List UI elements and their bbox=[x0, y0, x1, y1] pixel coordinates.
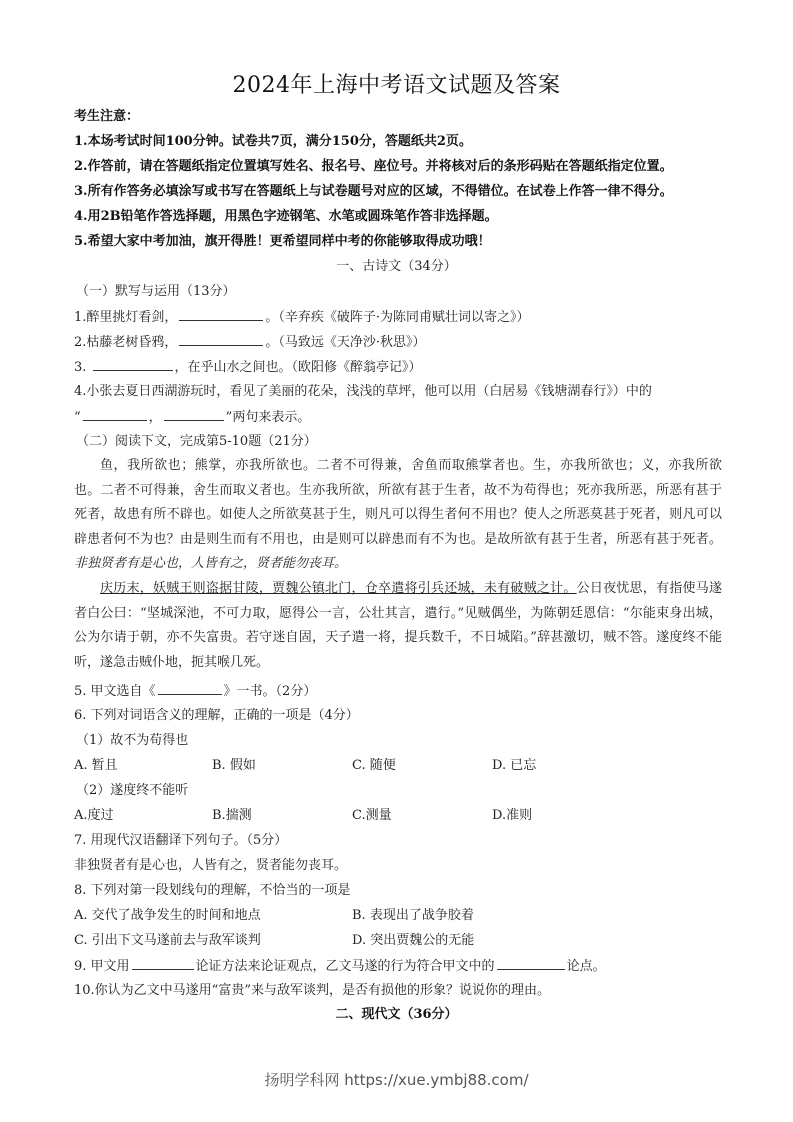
q6-1-option-c[interactable]: C. 随便 bbox=[352, 757, 396, 775]
q4-open-quote: “ bbox=[74, 410, 81, 425]
q6-2-option-b[interactable]: B.揣测 bbox=[212, 807, 252, 825]
q9-suffix: 论点。 bbox=[567, 959, 606, 974]
q9-answer-blank-1[interactable] bbox=[132, 957, 194, 970]
question-4-line2: “，”两句来表示。 bbox=[74, 408, 310, 427]
part2-heading: （二）阅读下文，完成第5-10题（21分） bbox=[76, 433, 317, 451]
question-7-sentence: 非独贤者有是心也，人皆有之，贤者能勿丧耳。 bbox=[74, 857, 347, 875]
q9-prefix: 9. 甲文用 bbox=[74, 959, 130, 974]
q8-option-d[interactable]: D. 突出贾魏公的无能 bbox=[352, 932, 474, 950]
notice-heading: 考生注意： bbox=[74, 108, 139, 126]
q6-1-option-d[interactable]: D. 已忘 bbox=[492, 757, 536, 775]
passage-b: 庆历末，妖贼王则盗据甘陵，贾魏公镇北门，仓卒遣将引兵还城，未有破贼之计。公日夜忧… bbox=[74, 577, 722, 675]
notice-item-5: 5.希望大家中考加油，旗开得胜！更希望同样中考的你能够取得成功哦！ bbox=[74, 233, 491, 251]
passage-a-text: 鱼，我所欲也；熊掌，亦我所欲也。二者不可得兼，舍鱼而取熊掌者也。生，亦我所欲也；… bbox=[74, 458, 722, 547]
q4-suffix: ”两句来表示。 bbox=[226, 410, 311, 425]
q1-answer-blank[interactable] bbox=[179, 308, 263, 321]
question-9: 9. 甲文用论证方法来论证观点，乙文马遂的行为符合甲文中的论点。 bbox=[74, 957, 606, 976]
q3-suffix: ，在乎山水之间也。（欧阳修《醉翁亭记》） bbox=[175, 360, 422, 375]
notice-item-2: 2.作答前，请在答题纸指定位置填写姓名、报名号、座位号。并将核对后的条形码贴在答… bbox=[74, 158, 673, 176]
question-3: 3. ，在乎山水之间也。（欧阳修《醉翁亭记》） bbox=[74, 358, 422, 377]
section2-heading: 二、现代文（36分） bbox=[0, 1006, 793, 1024]
q3-prefix: 3. bbox=[74, 360, 91, 375]
page-title: 2024年上海中考语文试题及答案 bbox=[0, 68, 793, 99]
question-6-2: （2）遂度终不能听 bbox=[76, 782, 188, 800]
question-5: 5. 甲文选自《》一书。（2分） bbox=[74, 682, 316, 701]
q9-answer-blank-2[interactable] bbox=[497, 957, 565, 970]
q6-2-option-c[interactable]: C.测量 bbox=[352, 807, 392, 825]
q1-suffix: 。（辛弃疾《破阵子·为陈同甫赋壮词以寄之》） bbox=[265, 310, 529, 325]
part1-heading: （一）默写与运用（13分） bbox=[76, 283, 236, 301]
q8-option-b[interactable]: B. 表现出了战争胶着 bbox=[352, 907, 474, 925]
q2-suffix: 。（马致远《天净沙·秋思》） bbox=[265, 335, 425, 350]
question-2: 2.枯藤老树昏鸦，。（马致远《天净沙·秋思》） bbox=[74, 333, 426, 352]
q8-option-a[interactable]: A. 交代了战争发生的时间和地点 bbox=[74, 907, 261, 925]
q1-prefix: 1.醉里挑灯看剑， bbox=[74, 310, 177, 325]
passage-b-underlined: 庆历末，妖贼王则盗据甘陵，贾魏公镇北门，仓卒遣将引兵还城，未有破贼之计。 bbox=[100, 581, 577, 596]
question-6-1: （1）故不为苟得也 bbox=[76, 732, 188, 750]
question-1: 1.醉里挑灯看剑，。（辛弃疾《破阵子·为陈同甫赋壮词以寄之》） bbox=[74, 308, 530, 327]
question-8: 8. 下列对第一段划线句的理解，不恰当的一项是 bbox=[74, 882, 351, 900]
q5-answer-blank[interactable] bbox=[158, 682, 222, 695]
q6-2-option-d[interactable]: D.准则 bbox=[492, 807, 532, 825]
q2-answer-blank[interactable] bbox=[179, 333, 263, 346]
q5-prefix: 5. 甲文选自《 bbox=[74, 684, 156, 699]
q6-2-option-a[interactable]: A.度过 bbox=[74, 807, 114, 825]
q4-answer-blank-1[interactable] bbox=[83, 408, 147, 421]
footer-watermark: 扬明学科网 https://xue.ymbj88.com/ bbox=[0, 1069, 793, 1090]
q2-prefix: 2.枯藤老树昏鸦， bbox=[74, 335, 177, 350]
q8-option-c[interactable]: C. 引出下文马遂前去与敌军谈判 bbox=[74, 932, 261, 950]
question-4-line1: 4.小张去夏日西湖游玩时，看见了美丽的花朵，浅浅的草坪，他可以用（白居易《钱塘湖… bbox=[74, 383, 652, 401]
passage-a-italic: 非独贤者有是心也，人皆有之，贤者能勿丧耳。 bbox=[74, 556, 347, 571]
question-6: 6. 下列对词语含义的理解，正确的一项是（4分） bbox=[74, 707, 359, 725]
q6-1-option-a[interactable]: A. 暂且 bbox=[74, 757, 118, 775]
exam-page: 2024年上海中考语文试题及答案 考生注意： 1.本场考试时间100分钟。试卷共… bbox=[0, 0, 793, 1122]
notice-item-4: 4.用2B铅笔作答选择题，用黑色字迹钢笔、水笔或圆珠笔作答非选择题。 bbox=[74, 208, 498, 226]
q9-middle: 论证方法来论证观点，乙文马遂的行为符合甲文中的 bbox=[196, 959, 495, 974]
q5-suffix: 》一书。（2分） bbox=[224, 684, 317, 699]
question-7: 7. 用现代汉语翻译下列句子。（5分） bbox=[74, 832, 287, 850]
passage-a: 鱼，我所欲也；熊掌，亦我所欲也。二者不可得兼，舍鱼而取熊掌者也。生，亦我所欲也；… bbox=[74, 454, 722, 577]
notice-item-3: 3.所有作答务必填涂写或书写在答题纸上与试卷题号对应的区域，不得错位。在试卷上作… bbox=[74, 183, 673, 201]
notice-item-1: 1.本场考试时间100分钟。试卷共7页，满分150分，答题纸共2页。 bbox=[74, 133, 472, 151]
section1-heading: 一、古诗文（34分） bbox=[0, 258, 793, 276]
question-10: 10.你认为乙文中马遂用“富贵”来与敌军谈判，是否有损他的形象？说说你的理由。 bbox=[74, 982, 550, 1000]
q4-comma: ， bbox=[149, 410, 162, 425]
q4-answer-blank-2[interactable] bbox=[164, 408, 224, 421]
q3-answer-blank[interactable] bbox=[93, 358, 173, 371]
q6-1-option-b[interactable]: B. 假如 bbox=[212, 757, 256, 775]
